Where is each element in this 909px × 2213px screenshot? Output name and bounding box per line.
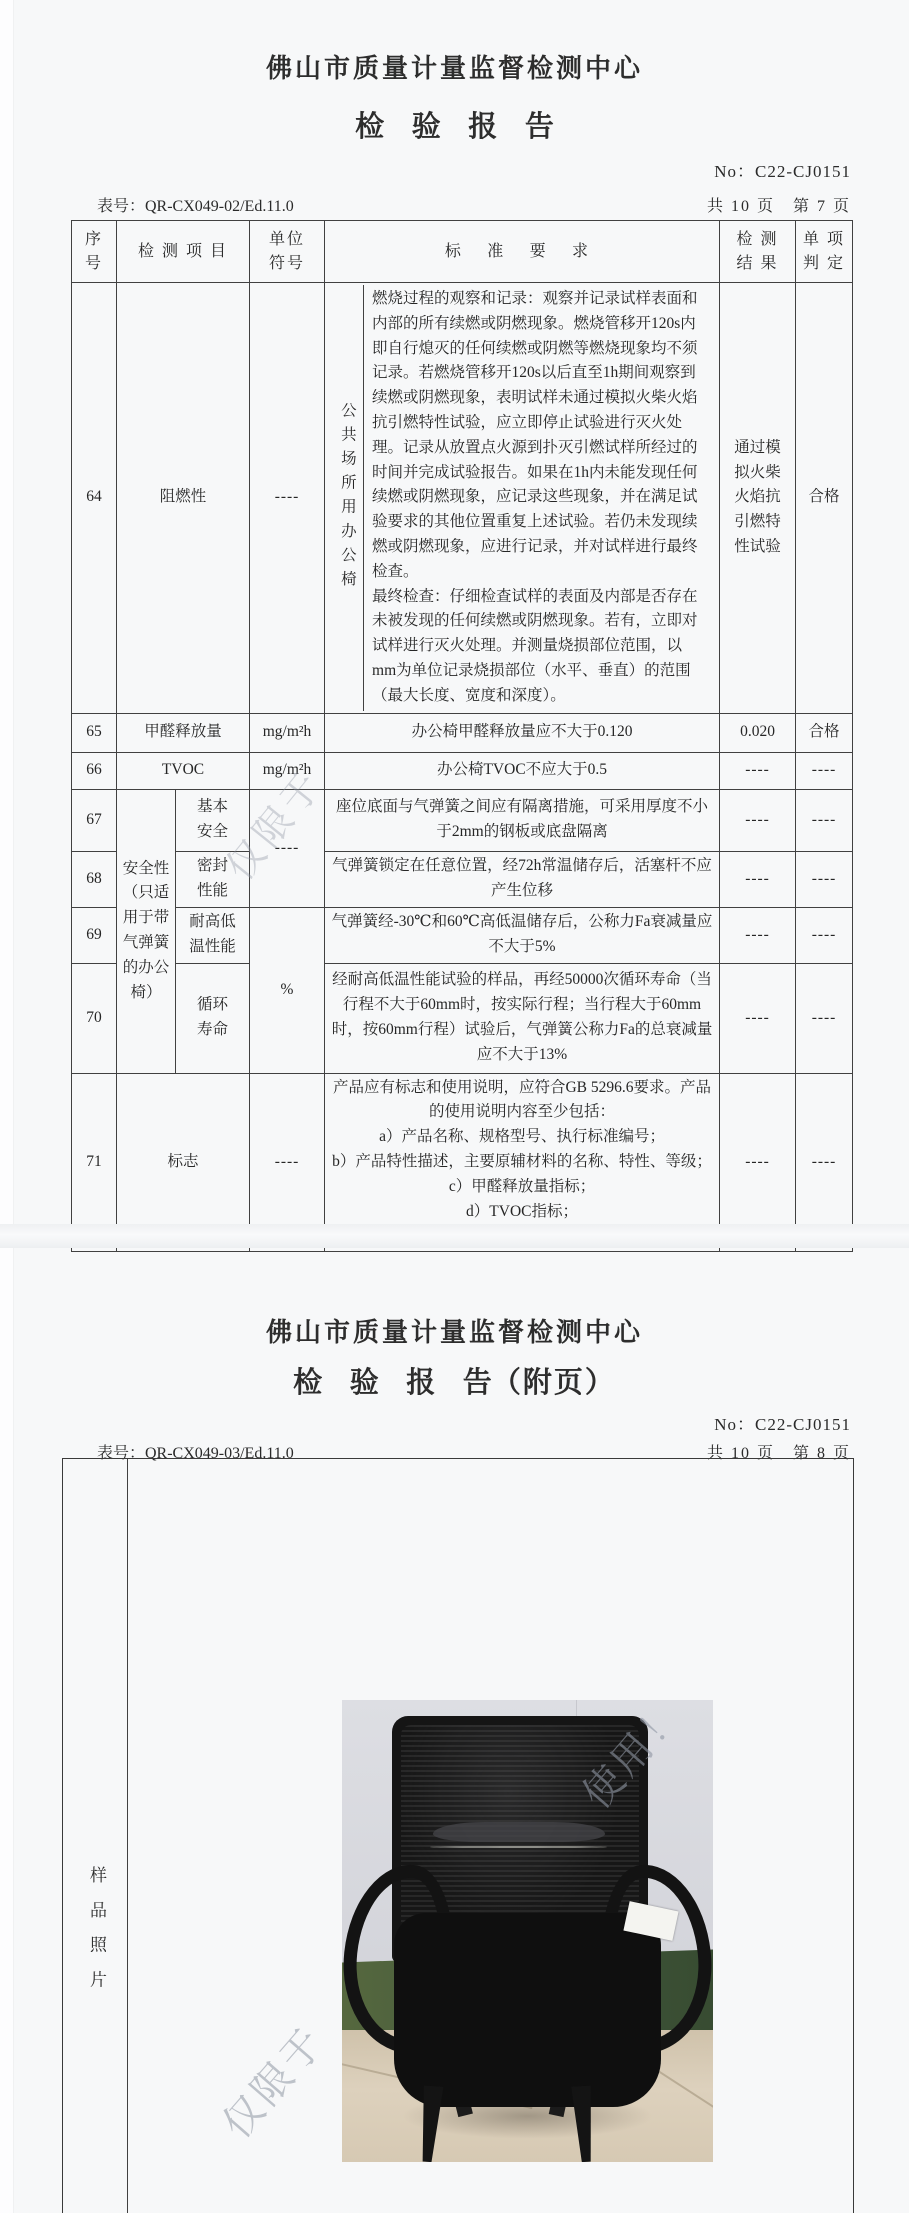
cell-68-item: 密封 性能 xyxy=(176,851,250,907)
cell-70-verdict: ---- xyxy=(796,963,853,1073)
sample-photo-label: 样品照片 xyxy=(84,1866,109,2005)
cell-70-requirement: 经耐高低温性能试验的样品，再经50000次循环寿命（当行程不大于60mm时，按实… xyxy=(325,963,720,1073)
page2-org-title: 佛山市质量计量监督检测中心 xyxy=(0,1312,909,1349)
cell-70-no: 70 xyxy=(72,963,117,1073)
page1-pagination: 共 10 页 第 7 页 xyxy=(707,193,851,216)
table-row-65: 65 甲醛释放量 mg/m²h 办公椅甲醛释放量应不大于0.120 0.020 … xyxy=(72,713,853,752)
table-row-70: 70 循环 寿命 经耐高低温性能试验的样品，再经50000次循环寿命（当行程不大… xyxy=(72,963,853,1073)
cell-64-result: 通过模 拟火柴 火焰抗 引燃特 性试验 xyxy=(720,283,796,714)
header-unit: 单位 符号 xyxy=(250,221,325,283)
page1-report-no: No：C22-CJ0151 xyxy=(714,157,851,182)
scanned-report-document: 佛山市质量计量监督检测中心 检验报告 No：C22-CJ0151 表号：QR-C… xyxy=(0,0,909,2213)
cell-67-no: 67 xyxy=(72,789,117,851)
header-verdict: 单 项 判 定 xyxy=(796,221,853,283)
cell-67-68-unit: ---- xyxy=(250,789,325,907)
table-row-67: 67 安全性 （只适 用于带 气弹簧 的办公 椅） 基本 安全 ---- 座位底… xyxy=(72,789,853,851)
header-serial: 序 号 xyxy=(72,221,117,283)
cell-70-item: 循环 寿命 xyxy=(176,963,250,1073)
cell-68-verdict: ---- xyxy=(796,851,853,907)
cell-65-no: 65 xyxy=(72,713,117,752)
cell-69-70-unit: % xyxy=(250,907,325,1073)
cell-64-no: 64 xyxy=(72,283,117,714)
cell-64-verdict: 合格 xyxy=(796,283,853,714)
header-result: 检 测 结 果 xyxy=(720,221,796,283)
page2-report-no: No：C22-CJ0151 xyxy=(714,1410,851,1435)
cell-68-requirement: 气弹簧锁定在任意位置，经72h常温储存后，活塞杆不应产生位移 xyxy=(325,851,720,907)
cell-64-scope-strip: 公共场所用办公椅 xyxy=(330,285,364,711)
page1-form-no: 表号：QR-CX049-02/Ed.11.0 xyxy=(97,193,294,216)
page1-org-title: 佛山市质量计量监督检测中心 xyxy=(0,48,909,85)
cell-66-result: ---- xyxy=(720,752,796,789)
cell-65-requirement: 办公椅甲醛释放量应不大于0.120 xyxy=(325,713,720,752)
scan-edge-strip xyxy=(0,0,14,2213)
page2-report-title: 检验报告 xyxy=(293,1360,519,1401)
cell-64-requirement: 公共场所用办公椅 燃烧过程的观察和记录：观察并记录试样表面和内部的所有续燃或阴燃… xyxy=(325,283,720,714)
page1-report-title-wrap: 检验报告 xyxy=(0,104,909,145)
cell-69-result: ---- xyxy=(720,907,796,963)
cell-69-item: 耐高低 温性能 xyxy=(176,907,250,963)
header-requirement: 标 准 要 求 xyxy=(325,221,720,283)
cell-68-result: ---- xyxy=(720,851,796,907)
cell-66-requirement: 办公椅TVOC不应大于0.5 xyxy=(325,752,720,789)
table-row-66: 66 TVOC mg/m²h 办公椅TVOC不应大于0.5 ---- ---- xyxy=(72,752,853,789)
table-row-69: 69 耐高低 温性能 % 气弹簧经-30℃和60℃高低温储存后，公称力Fa衰减量… xyxy=(72,907,853,963)
chair-lumbar-band xyxy=(433,1822,605,1842)
cell-65-result: 0.020 xyxy=(720,713,796,752)
table-row-68: 68 密封 性能 气弹簧锁定在任意位置，经72h常温储存后，活塞杆不应产生位移 … xyxy=(72,851,853,907)
table-header-row: 序 号 检 测 项 目 单位 符号 标 准 要 求 检 测 结 果 单 项 判 … xyxy=(72,221,853,283)
page2-report-title-wrap: 检验报告 （附页） xyxy=(0,1360,909,1401)
header-item: 检 测 项 目 xyxy=(117,221,250,283)
cell-64-unit: ---- xyxy=(250,283,325,714)
cell-66-verdict: ---- xyxy=(796,752,853,789)
cell-64-item: 阻燃性 xyxy=(117,283,250,714)
scope-vertical-label: 公共场所用办公椅 xyxy=(334,402,359,594)
cell-65-item: 甲醛释放量 xyxy=(117,713,250,752)
cell-67-requirement: 座位底面与气弹簧之间应有隔离措施，可采用厚度不小于2mm的钢板或底盘隔离 xyxy=(325,789,720,851)
cell-65-unit: mg/m²h xyxy=(250,713,325,752)
sample-photo xyxy=(342,1700,713,2162)
inspection-table: 序 号 检 测 项 目 单位 符号 标 准 要 求 检 测 结 果 单 项 判 … xyxy=(71,220,853,1252)
cell-66-item: TVOC xyxy=(117,752,250,789)
cell-66-unit: mg/m²h xyxy=(250,752,325,789)
sample-photo-table-divider xyxy=(127,1459,128,2213)
cell-67-item: 基本 安全 xyxy=(176,789,250,851)
cell-safety-group-label: 安全性 （只适 用于带 气弹簧 的办公 椅） xyxy=(117,789,176,1073)
cell-69-requirement: 气弹簧经-30℃和60℃高低温储存后，公称力Fa衰减量应不大于5% xyxy=(325,907,720,963)
cell-68-no: 68 xyxy=(72,851,117,907)
page1-report-title: 检验报告 xyxy=(355,104,581,145)
table-row-64: 64 阻燃性 ---- 公共场所用办公椅 燃烧过程的观察和记录：观察并记录试样表… xyxy=(72,283,853,714)
page-break-band xyxy=(0,1224,909,1248)
cell-65-verdict: 合格 xyxy=(796,713,853,752)
page2-report-title-suffix: （附页） xyxy=(492,1360,616,1401)
cell-67-verdict: ---- xyxy=(796,789,853,851)
cell-69-no: 69 xyxy=(72,907,117,963)
cell-66-no: 66 xyxy=(72,752,117,789)
cell-67-result: ---- xyxy=(720,789,796,851)
cell-64-requirement-text: 燃烧过程的观察和记录：观察并记录试样表面和内部的所有续燃或阴燃现象。燃烧管移开1… xyxy=(364,285,714,711)
chair-seat xyxy=(394,1913,661,2107)
cell-70-result: ---- xyxy=(720,963,796,1073)
cell-69-verdict: ---- xyxy=(796,907,853,963)
